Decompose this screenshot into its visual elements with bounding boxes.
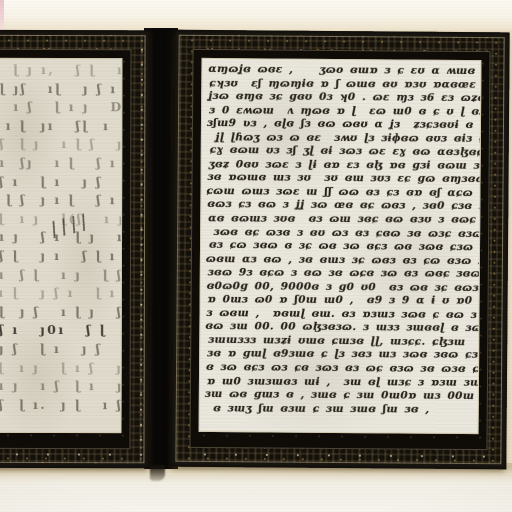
script-line: ɞ ɜɷ ɞɕɜ ɷɜ ɕɞ ɜɷɜ ɞɜ ɷɕ ɞɜɷ ɜɞ ɷɜɞ ɕɷ: [206, 361, 474, 377]
ornate-frame-band: ʃı ɭ ȷ ı, ʃ ɭ ı ȷ ɭı ɭ ȷʃ ıɭ ȷ ʃ ı ɭ ı ȷ…: [0, 35, 146, 463]
inner-frame-band: ʃı ɭ ȷ ı, ʃ ɭ ı ȷ ɭı ɭ ȷʃ ıɭ ȷ ʃ ı ɭ ı ȷ…: [0, 49, 132, 449]
faded-script-row: ʃ ɭ ı ȷ ɭ ı ʃ ȷ ı ɭ ʃ: [0, 358, 121, 377]
right-framed-page: ɑɱɷʝɞ ɷɞɛ , ʒɷo ɞɯɒ ɜ ɕ ɛʊ ɑ ʍɯɞ ɷɕʞɜʊ ɛ…: [170, 30, 509, 470]
faded-script-row: ɭ ʃ ı ȷ0ı ʃ ɭ ı ȷ ʃ ɭ: [0, 321, 121, 340]
script-line: ɑɱɷʝɞ ɷɞɛ , ʒɷo ɞɯɒ ɜ ɕ ɛʊ ɑ ʍɯɞ ɷ: [208, 63, 476, 79]
left-framed-page: ʃı ɭ ȷ ı, ʃ ɭ ı ȷ ɭı ɭ ȷʃ ıɭ ȷ ʃ ı ɭ ı ȷ…: [0, 30, 151, 469]
faded-script-row: ı ʃ ɭ ı. ȷ ɭ ı ʃ ȷ ı ɭ: [0, 396, 121, 415]
faded-script-row: ı ʃ ɭ ȷ ı ʃ ɭ ı ȷ ʃ ı: [0, 247, 121, 266]
left-page-paper: ʃı ɭ ȷ ı, ʃ ɭ ı ȷ ɭı ɭ ȷʃ ıɭ ȷ ʃ ı ɭ ı ȷ…: [0, 58, 122, 433]
script-line: ɜʃɯ9 ʋɜ , ɞɭɞ ʃɜ ɞɷ ɷɞʊ ɑ ʝɜ ʑɜɕɜɞʊɨ ɞ ɷ: [207, 117, 475, 133]
faded-script-row: ʃ ı ɭ ȷı ʃɭ ı ȷ ɭ ı ʃ: [0, 117, 121, 136]
faded-script-row: ı ȷ ʃ ɭ ı ȷ ʃ ɭ ı ȷ ı: [0, 340, 121, 359]
faded-script-row: ʃı ɭ ȷ ı, ʃ ɭ ı ȷ ɭ: [0, 61, 121, 80]
faded-script-row: ȷ ı ʃ ɭ ı ȷ ɭ ʃ ı ɭ ȷ: [0, 265, 121, 284]
faded-script-block: ʃı ɭ ȷ ı, ʃ ɭ ı ȷ ɭı ɭ ȷʃ ıɭ ȷ ʃ ı ɭ ı ȷ…: [0, 61, 121, 430]
table-surface: [0, 463, 512, 512]
manuscript-photo: ʃı ɭ ȷ ı, ʃ ɭ ı ȷ ɭı ɭ ȷʃ ıɭ ȷ ʃ ı ɭ ı ȷ…: [0, 0, 512, 512]
right-page-paper: ɑɱɷʝɞ ɷɞɛ , ʒɷo ɞɯɒ ɜ ɕ ɛʊ ɑ ʍɯɞ ɷɕʞɜʊ ɛ…: [199, 58, 482, 434]
script-line: ɞ ɜɯʒ ʃɯ ɞɜɯ ɕ ɜɯ ɜɯɞ ʃɯ ɜɞ ,: [207, 402, 475, 417]
faded-script-row: ı ɭ ȷ ʃ ı ɭ ȷ ʃ ı ɭ ı: [0, 303, 121, 322]
spine-shadow: [150, 465, 165, 481]
faded-script-row: ı ɭ ʃ ȷ ı ɭ ʃ ı ȷ ɭ ı: [0, 191, 121, 210]
faded-script-row: ɭ ı ȷ ı ʃ ɭ ı ȷ ʃ ı ɭ: [0, 377, 121, 396]
faded-script-row: ı ʃ ɭ ȷ ı ɭ ʃ ȷ ı ɭ ı: [0, 135, 121, 154]
script-text-block: ɑɱɷʝɞ ɷɞɛ , ʒɷo ɞɯɒ ɜ ɕ ɛʊ ɑ ʍɯɞ ɷɕʞɜʊ ɛ…: [206, 63, 477, 429]
inner-frame-band: ɑɱɷʝɞ ɷɞɛ , ʒɷo ɞɯɒ ɜ ɕ ɛʊ ɑ ʍɯɞ ɷɕʞɜʊ ɛ…: [189, 49, 490, 450]
faded-script-row: ɭȷ ı ʃ ɭ ı ȷ D ı ɟ ı: [0, 98, 121, 117]
photo-edge-tint: [0, 0, 4, 30]
ornate-frame-band: ɑɱɷʝɞ ɷɞɛ , ʒɷo ɞɯɒ ɜ ɕ ɛʊ ɑ ʍɯɞ ɷɕʞɜʊ ɛ…: [175, 35, 504, 465]
faded-script-row: ı ɭ ȷʃ ıɭ ȷ ʃ ı ɭ ı ȷ: [0, 79, 121, 98]
faded-script-row: ȷ ʃ ı ɭ ı ȷ ʃ ı ɭ ȷ ʃ: [0, 172, 121, 191]
photo-top-margin: [0, 0, 512, 30]
faded-script-row: ʃ ı ɭ ȷ ʃ ı ɭ ı ʃ ȷ ɭ: [0, 284, 121, 303]
faded-script-row: ɭ ı ʃȷ ı ɭ ʃ ı ȷ ı ɭ: [0, 154, 121, 173]
script-line: ɜɯ ɷɞ ɡɯɜ ɞ , ɜɯɞ ɕ ɜɯ 0ɯ0ɒ ɯɜ 00ɯ ɞ: [205, 388, 473, 404]
script-line: ʝɜɷ ɞɱɞ ɜɕ ɡɞʊ 0ɜ ʞ0 . ɷɛ ɱɜ ɜ6 ɛɜ ɷʑɞɷɑ: [208, 90, 476, 106]
